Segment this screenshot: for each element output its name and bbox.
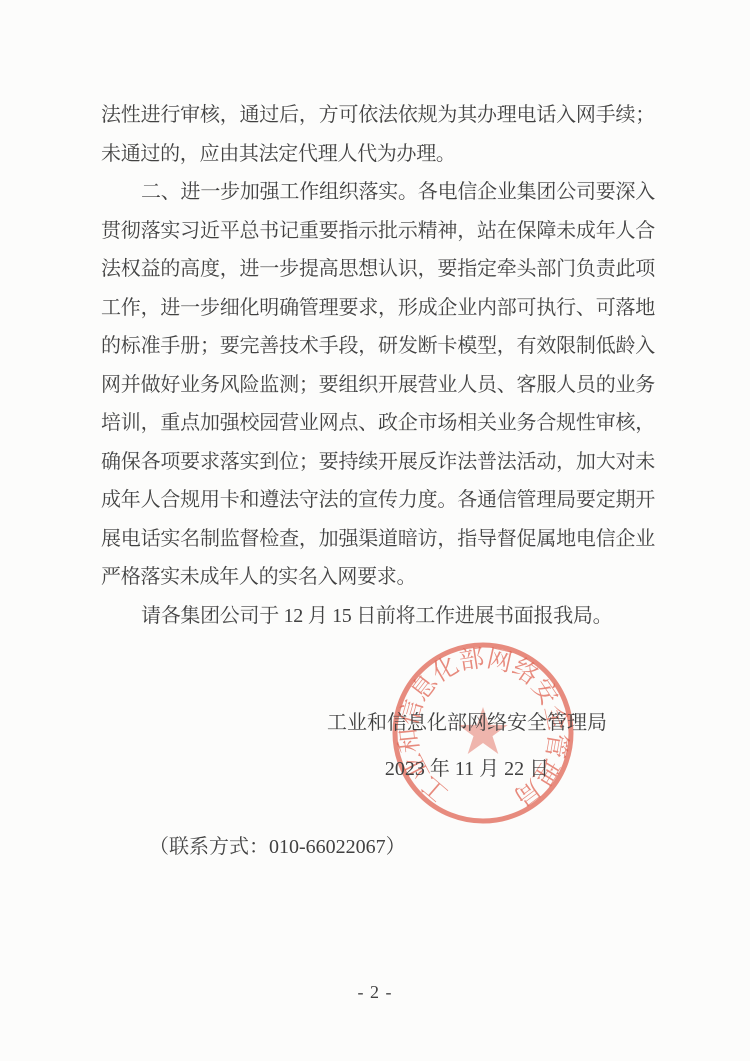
body-line: 法性进行审核，通过后，方可依法依规为其办理电话入网手续；	[101, 96, 655, 135]
body-line: 确保各项要求落实到位；要持续开展反诈法普法活动，加大对未	[101, 443, 655, 482]
body-line: 成年人合规用卡和遵法守法的宣传力度。各通信管理局要定期开	[101, 481, 655, 520]
page-number: - 2 -	[0, 982, 750, 1003]
body-line: 网并做好业务风险监测；要组织开展营业人员、客服人员的业务	[101, 366, 655, 405]
signature-organization: 工业和信息化部网络安全管理局	[327, 710, 607, 736]
body-line: 展电话实名制监督检查，加强渠道暗访，指导督促属地电信企业	[101, 520, 655, 559]
body-line: 贯彻落实习近平总书记重要指示批示精神，站在保障未成年人合	[101, 212, 655, 251]
signature-block: 工业和信息化部网络安全管理局 2023 年 11 月 22 日	[327, 710, 607, 781]
signature-date: 2023 年 11 月 22 日	[327, 752, 607, 781]
body-line: 的标准手册；要完善技术手段，研发断卡模型，有效限制低龄入	[101, 327, 655, 366]
body-line: 严格落实未成年人的实名入网要求。	[101, 558, 655, 597]
body-line: 请各集团公司于 12 月 15 日前将工作进展书面报我局。	[101, 597, 655, 636]
body-line: 二、进一步加强工作组织落实。各电信企业集团公司要深入	[101, 173, 655, 212]
document-page: 法性进行审核，通过后，方可依法依规为其办理电话入网手续；未通过的，应由其法定代理…	[0, 0, 750, 1061]
body-line: 法权益的高度，进一步提高思想认识，要指定牵头部门负责此项	[101, 250, 655, 289]
body-line: 未通过的，应由其法定代理人代为办理。	[101, 135, 655, 174]
body-line: 工作，进一步细化明确管理要求，形成企业内部可执行、可落地	[101, 289, 655, 328]
body-text: 法性进行审核，通过后，方可依法依规为其办理电话入网手续；未通过的，应由其法定代理…	[101, 96, 655, 635]
body-line: 培训，重点加强校园营业网点、政企市场相关业务合规性审核，	[101, 404, 655, 443]
contact-info: （联系方式：010-66022067）	[149, 830, 406, 859]
